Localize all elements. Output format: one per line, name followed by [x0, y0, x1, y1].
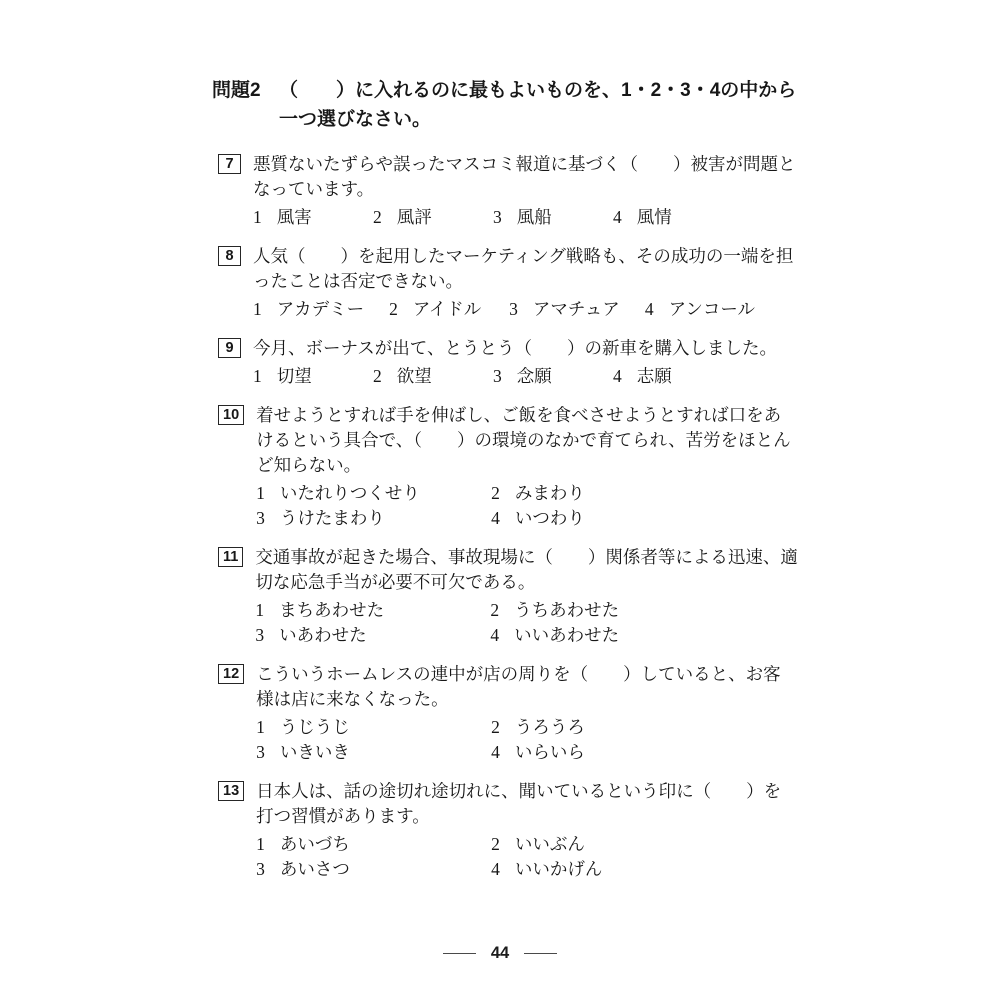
- option: 2うちあわせた: [490, 598, 798, 623]
- question-number: 13: [223, 783, 239, 799]
- question-number: 9: [225, 340, 233, 356]
- option-number: 1: [256, 715, 265, 740]
- option: 3念願: [493, 364, 588, 389]
- option-number: 2: [373, 364, 382, 389]
- option: 3いあわせた: [255, 623, 490, 648]
- option-number: 1: [253, 364, 262, 389]
- option: 2アイドル: [389, 297, 484, 322]
- question-text: 着せようとすれば手を伸ばし、ご飯を食べさせようとすれば口をあけるという具合で、（…: [256, 403, 798, 478]
- option-label: いきいき: [280, 742, 350, 762]
- option: 4風情: [613, 205, 708, 230]
- option-label: 風情: [637, 207, 672, 227]
- option-number: 4: [491, 506, 500, 531]
- option: 4アンコール: [645, 297, 755, 322]
- option-label: いあわせた: [279, 625, 367, 645]
- option: 2風評: [373, 205, 468, 230]
- option-label: アマチュア: [533, 299, 620, 319]
- option-label: いいかげん: [515, 859, 603, 879]
- option: 4いいかげん: [491, 857, 798, 882]
- question-number-box: 7: [218, 154, 241, 174]
- question-body: こういうホームレスの連中が店の周りを（ ）していると、お客様は店に来なくなった。…: [256, 662, 798, 765]
- option-number: 3: [256, 857, 265, 882]
- option-label: いいぶん: [515, 834, 585, 854]
- option: 1うじうじ: [256, 715, 491, 740]
- option-label: うけたまわり: [280, 508, 385, 528]
- option-label: みまわり: [515, 483, 585, 503]
- option-label: あいさつ: [280, 859, 350, 879]
- option: 1まちあわせた: [255, 598, 490, 623]
- page-number: 44: [491, 944, 509, 963]
- option: 1いたれりつくせり: [256, 481, 491, 506]
- option: 3あいさつ: [256, 857, 491, 882]
- option-label: うろうろ: [515, 717, 585, 737]
- option-label: アンコール: [669, 299, 755, 319]
- option-label: 志願: [637, 366, 672, 386]
- option: 4志願: [613, 364, 708, 389]
- option-number: 2: [389, 297, 398, 322]
- options-list: 1まちあわせた 2うちあわせた 3いあわせた 4いいあわせた: [255, 598, 798, 648]
- question-body: 悪質ないたずらや誤ったマスコミ報道に基づく（ ）被害が問題となっています。 1風…: [253, 152, 798, 230]
- question-number-box: 10: [218, 405, 244, 425]
- option-number: 3: [493, 364, 502, 389]
- option-label: アイドル: [413, 299, 481, 319]
- option: 4いらいら: [491, 740, 798, 765]
- option-number: 2: [491, 481, 500, 506]
- question-number: 8: [225, 248, 233, 264]
- question-item-8: 8 人気（ ）を起用したマーケティング戦略も、その成功の一端を担ったことは否定で…: [212, 244, 798, 322]
- option-label: いいあわせた: [514, 625, 619, 645]
- option-label: アカデミー: [277, 299, 364, 319]
- option: 4いいあわせた: [490, 623, 798, 648]
- option-number: 4: [645, 297, 654, 322]
- section-header: 問題2 （ ）に入れるのに最もよいものを、1・2・3・4の中から一つ選びなさい。: [212, 76, 798, 134]
- option-label: まちあわせた: [279, 600, 384, 620]
- options-list: 1アカデミー 2アイドル 3アマチュア 4アンコール: [253, 297, 798, 322]
- option: 1あいづち: [256, 832, 491, 857]
- question-text: こういうホームレスの連中が店の周りを（ ）していると、お客様は店に来なくなった。: [256, 662, 798, 712]
- question-text: 今月、ボーナスが出て、とうとう（ ）の新車を購入しました。: [253, 336, 798, 361]
- option: 2みまわり: [491, 481, 798, 506]
- question-number: 10: [223, 407, 239, 423]
- option-label: いつわり: [515, 508, 585, 528]
- option-label: 念願: [517, 366, 552, 386]
- section-instruction: （ ）に入れるのに最もよいものを、1・2・3・4の中から一つ選びなさい。: [279, 76, 798, 134]
- question-item-11: 11 交通事故が起きた場合、事故現場に（ ）関係者等による迅速、適切な応急手当が…: [212, 545, 798, 648]
- option-number: 1: [256, 832, 265, 857]
- question-body: 人気（ ）を起用したマーケティング戦略も、その成功の一端を担ったことは否定できな…: [253, 244, 798, 322]
- option: 2うろうろ: [491, 715, 798, 740]
- option-label: 欲望: [397, 366, 432, 386]
- option-number: 4: [613, 364, 622, 389]
- options-list: 1風害 2風評 3風船 4風情: [253, 205, 798, 230]
- question-number: 12: [223, 666, 239, 682]
- question-item-7: 7 悪質ないたずらや誤ったマスコミ報道に基づく（ ）被害が問題となっています。 …: [212, 152, 798, 230]
- option-number: 2: [491, 715, 500, 740]
- option: 2いいぶん: [491, 832, 798, 857]
- page-footer: 44: [0, 944, 1000, 963]
- question-item-10: 10 着せようとすれば手を伸ばし、ご飯を食べさせようとすれば口をあけるという具合…: [212, 403, 798, 531]
- option-number: 4: [490, 623, 499, 648]
- option-number: 3: [256, 740, 265, 765]
- question-number: 7: [225, 156, 233, 172]
- option-number: 2: [490, 598, 499, 623]
- option: 2欲望: [373, 364, 468, 389]
- option: 1風害: [253, 205, 348, 230]
- question-text: 悪質ないたずらや誤ったマスコミ報道に基づく（ ）被害が問題となっています。: [253, 152, 798, 202]
- question-number-box: 8: [218, 246, 241, 266]
- option-number: 3: [493, 205, 502, 230]
- section-label: 問題2: [212, 76, 279, 134]
- option: 3風船: [493, 205, 588, 230]
- question-body: 日本人は、話の途切れ途切れに、聞いているという印に（ ）を打つ習慣があります。 …: [256, 779, 798, 882]
- option-number: 1: [253, 297, 262, 322]
- option-number: 4: [491, 740, 500, 765]
- option: 1アカデミー: [253, 297, 364, 322]
- option: 3うけたまわり: [256, 506, 491, 531]
- option-number: 4: [491, 857, 500, 882]
- option-label: いらいら: [515, 742, 585, 762]
- question-text: 交通事故が起きた場合、事故現場に（ ）関係者等による迅速、適切な応急手当が必要不…: [255, 545, 798, 595]
- option-label: あいづち: [280, 834, 350, 854]
- option-label: 風評: [397, 207, 432, 227]
- option-label: うちあわせた: [514, 600, 619, 620]
- page-content: 問題2 （ ）に入れるのに最もよいものを、1・2・3・4の中から一つ選びなさい。…: [212, 76, 798, 896]
- question-item-13: 13 日本人は、話の途切れ途切れに、聞いているという印に（ ）を打つ習慣がありま…: [212, 779, 798, 882]
- exam-page: 問題2 （ ）に入れるのに最もよいものを、1・2・3・4の中から一つ選びなさい。…: [0, 0, 1000, 1000]
- option: 4いつわり: [491, 506, 798, 531]
- option-label: いたれりつくせり: [280, 483, 420, 503]
- options-list: 1いたれりつくせり 2みまわり 3うけたまわり 4いつわり: [256, 481, 798, 531]
- option-number: 3: [509, 297, 518, 322]
- question-text: 日本人は、話の途切れ途切れに、聞いているという印に（ ）を打つ習慣があります。: [256, 779, 798, 829]
- question-text: 人気（ ）を起用したマーケティング戦略も、その成功の一端を担ったことは否定できな…: [253, 244, 798, 294]
- option-label: 風船: [517, 207, 552, 227]
- option-label: うじうじ: [280, 717, 350, 737]
- question-item-9: 9 今月、ボーナスが出て、とうとう（ ）の新車を購入しました。 1切望 2欲望 …: [212, 336, 798, 389]
- question-body: 今月、ボーナスが出て、とうとう（ ）の新車を購入しました。 1切望 2欲望 3念…: [253, 336, 798, 389]
- footer-rule-left: [443, 953, 476, 954]
- options-list: 1切望 2欲望 3念願 4志願: [253, 364, 798, 389]
- option-number: 2: [491, 832, 500, 857]
- option-label: 風害: [277, 207, 312, 227]
- question-number: 11: [223, 549, 238, 565]
- option: 3いきいき: [256, 740, 491, 765]
- question-number-box: 11: [218, 547, 243, 567]
- question-item-12: 12 こういうホームレスの連中が店の周りを（ ）していると、お客様は店に来なくな…: [212, 662, 798, 765]
- question-body: 交通事故が起きた場合、事故現場に（ ）関係者等による迅速、適切な応急手当が必要不…: [255, 545, 798, 648]
- option-number: 3: [255, 623, 264, 648]
- option-number: 1: [255, 598, 264, 623]
- option-number: 2: [373, 205, 382, 230]
- options-list: 1あいづち 2いいぶん 3あいさつ 4いいかげん: [256, 832, 798, 882]
- question-body: 着せようとすれば手を伸ばし、ご飯を食べさせようとすれば口をあけるという具合で、（…: [256, 403, 798, 531]
- question-number-box: 12: [218, 664, 244, 684]
- option-number: 1: [253, 205, 262, 230]
- options-list: 1うじうじ 2うろうろ 3いきいき 4いらいら: [256, 715, 798, 765]
- question-number-box: 13: [218, 781, 244, 801]
- question-number-box: 9: [218, 338, 241, 358]
- option: 1切望: [253, 364, 348, 389]
- option-label: 切望: [277, 366, 312, 386]
- option-number: 4: [613, 205, 622, 230]
- option-number: 1: [256, 481, 265, 506]
- option-number: 3: [256, 506, 265, 531]
- footer-rule-right: [524, 953, 557, 954]
- option: 3アマチュア: [509, 297, 620, 322]
